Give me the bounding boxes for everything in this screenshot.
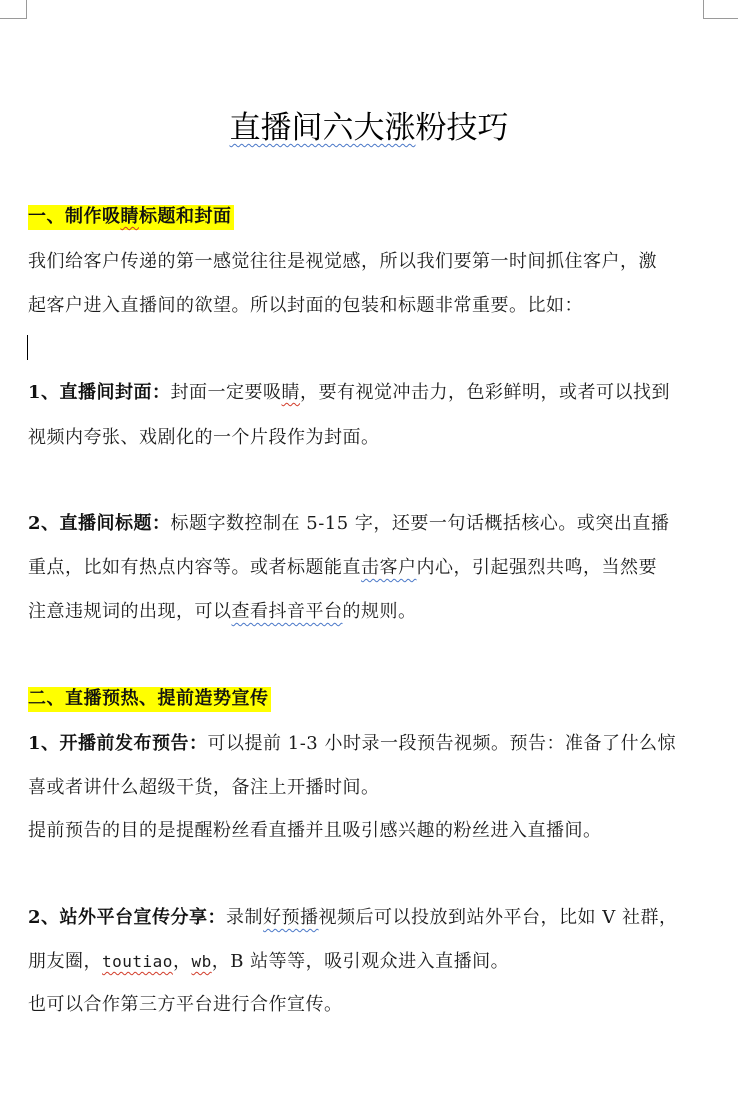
item-text: 封面一定要吸 (171, 382, 282, 403)
heading-text: 标题和封面 (139, 206, 232, 227)
grammar-squiggle: 查看抖音平台 (232, 601, 343, 622)
grammar-squiggle: 击客户 (361, 557, 417, 578)
paragraph-line: 喜或者讲什么超级干货，备注上开播时间。 (28, 775, 380, 801)
paragraph-line: 朋友圈，toutiao，wb，B 站等等，吸引观众进入直播间。 (28, 949, 509, 975)
title-grammar-squiggle: 直播间六大涨 (230, 110, 416, 146)
page-corner-mark-top-left (0, 0, 27, 19)
list-item-offsite-share: 2、站外平台宣传分享：录制好预播视频后可以投放到站外平台，比如 V 社群， (28, 905, 677, 931)
section-heading-2: 二、直播预热、提前造势宣传 (28, 686, 271, 712)
item-label: 1、直播间封面： (28, 382, 171, 403)
highlighted-heading: 一、制作吸睛标题和封面 (28, 205, 234, 230)
list-item-cover: 1、直播间封面：封面一定要吸睛，要有视觉冲击力，色彩鲜明，或者可以找到 (28, 380, 670, 406)
paragraph-line: 重点，比如有热点内容等。或者标题能直击客户内心，引起强烈共鸣，当然要 (28, 555, 657, 581)
item-text: ，B 站等等，吸引观众进入直播间。 (212, 951, 509, 972)
grammar-squiggle: 好预播 (263, 907, 319, 928)
item-text: 的规则。 (343, 601, 417, 622)
list-item-title: 2、直播间标题：标题字数控制在 5-15 字，还要一句话概括核心。或突出直播 (28, 511, 669, 537)
paragraph-line: 提前预告的目的是提醒粉丝看直播并且吸引感兴趣的粉丝进入直播间。 (28, 818, 602, 844)
spelling-squiggle: wb (191, 952, 211, 971)
heading-text: 一、制作吸 (28, 206, 121, 227)
item-text: ， (173, 951, 192, 972)
item-text: 注意违规词的出现，可以 (28, 601, 232, 622)
paragraph-line: 注意违规词的出现，可以查看抖音平台的规则。 (28, 599, 417, 625)
item-text: 重点，比如有热点内容等。或者标题能直 (28, 557, 361, 578)
text-cursor (27, 335, 28, 360)
item-label: 2、站外平台宣传分享： (28, 907, 226, 928)
item-text: 标题字数控制在 5-15 字，还要一句话概括核心。或突出直播 (171, 513, 670, 534)
spelling-squiggle: toutiao (102, 952, 173, 971)
paragraph-line: 视频内夸张、戏剧化的一个片段作为封面。 (28, 425, 380, 451)
item-text: 内心，引起强烈共鸣，当然要 (417, 557, 658, 578)
paragraph-line: 起客户进入直播间的欲望。所以封面的包装和标题非常重要。比如： (28, 293, 583, 319)
paragraph-line: 我们给客户传递的第一感觉往往是视觉感，所以我们要第一时间抓住客户，激 (28, 249, 657, 275)
item-text: 朋友圈， (28, 951, 102, 972)
title-rest: 粉技巧 (416, 110, 509, 146)
list-item-preview: 1、开播前发布预告：可以提前 1-3 小时录一段预告视频。预告：准备了什么惊 (28, 731, 676, 757)
spelling-squiggle: 睛 (282, 382, 301, 403)
item-text: 可以提前 1-3 小时录一段预告视频。预告：准备了什么惊 (208, 733, 676, 754)
spelling-squiggle: 睛 (121, 206, 140, 227)
item-text: ，要有视觉冲击力，色彩鲜明，或者可以找到 (300, 382, 670, 403)
item-text: 视频后可以投放到站外平台，比如 V 社群， (319, 907, 678, 928)
item-label: 2、直播间标题： (28, 513, 171, 534)
item-text: 录制 (226, 907, 263, 928)
section-heading-1: 一、制作吸睛标题和封面 (28, 204, 234, 230)
document-title: 直播间六大涨粉技巧 (0, 106, 738, 150)
page-corner-mark-top-right (703, 0, 738, 19)
paragraph-line: 也可以合作第三方平台进行合作宣传。 (28, 992, 343, 1018)
item-label: 1、开播前发布预告： (28, 733, 208, 754)
highlighted-heading: 二、直播预热、提前造势宣传 (28, 687, 271, 712)
